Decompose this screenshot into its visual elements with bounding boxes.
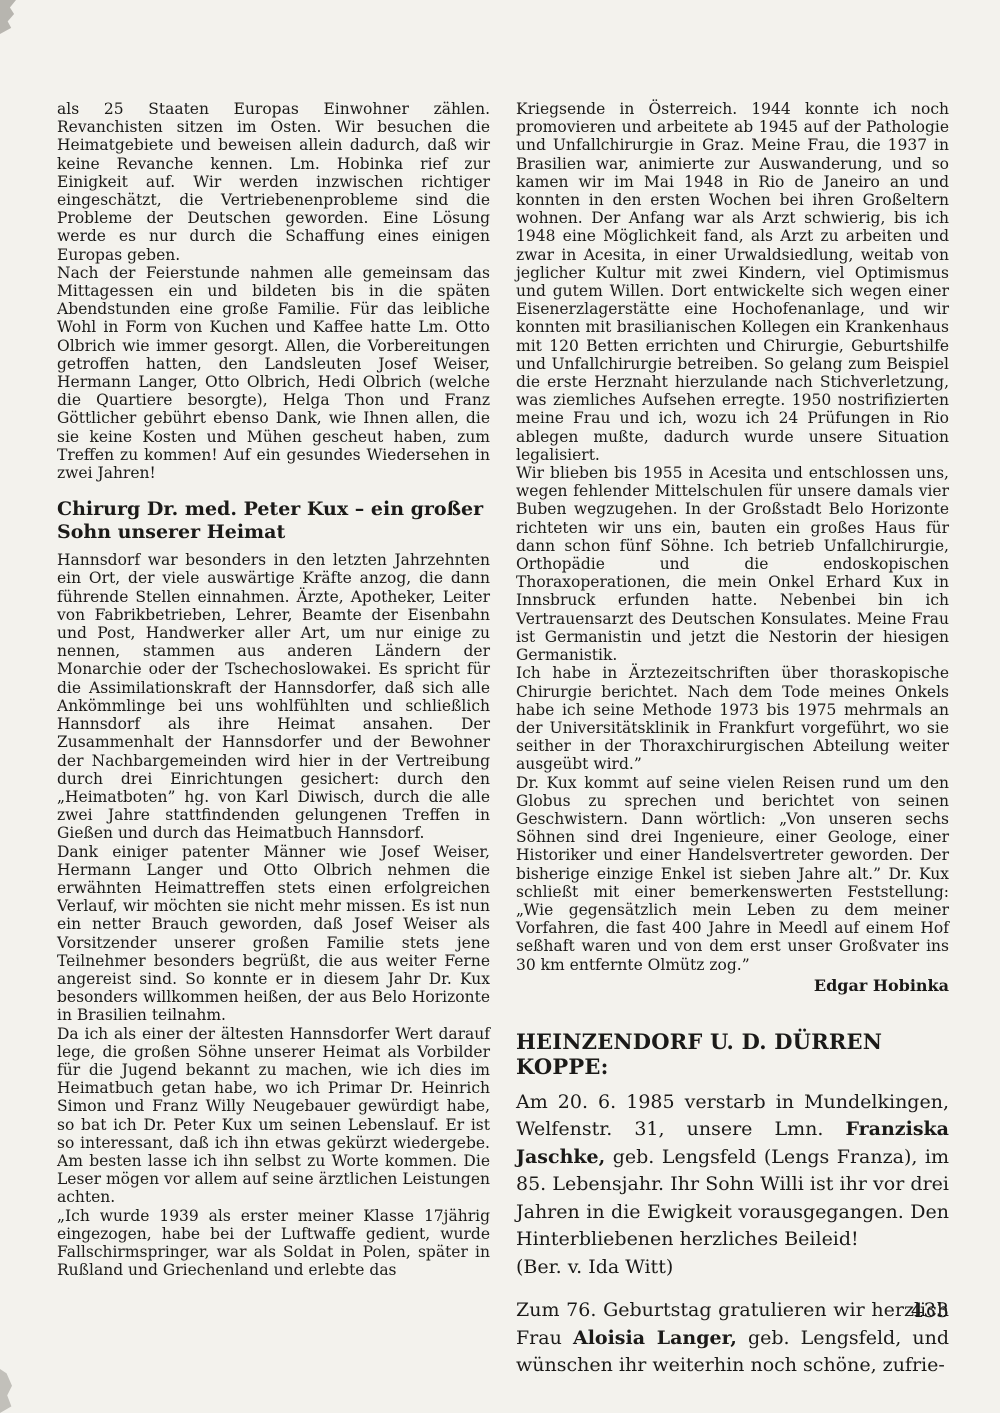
article-continuation-paragraphs: Kriegsende in Österreich. 1944 konnte ic…	[516, 100, 949, 974]
paragraph: als 25 Staaten Europas Einwohner zählen.…	[57, 100, 490, 264]
paragraph: Nach der Feierstunde nahmen alle gemeins…	[57, 264, 490, 482]
paragraph: „Ich wurde 1939 als erster meiner Klasse…	[57, 1207, 490, 1280]
scan-artifact-bottom-left	[0, 1369, 12, 1413]
article-paragraphs: Hannsdorf war besonders in den letzten J…	[57, 551, 490, 1279]
paragraph: Wir blieben bis 1955 in Acesita und ents…	[516, 464, 949, 664]
paragraph: Dank einiger patenter Männer wie Josef W…	[57, 843, 490, 1025]
obituary-byline: (Ber. v. Ida Witt)	[516, 1254, 949, 1282]
page-number: 433	[911, 1298, 949, 1322]
two-column-text-block: als 25 Staaten Europas Einwohner zählen.…	[57, 100, 949, 1380]
paragraph: Kriegsende in Österreich. 1944 konnte ic…	[516, 100, 949, 464]
scanned-newsletter-page: als 25 Staaten Europas Einwohner zählen.…	[0, 0, 1000, 1413]
right-column: Kriegsende in Österreich. 1944 konnte ic…	[516, 100, 949, 1380]
left-column: als 25 Staaten Europas Einwohner zählen.…	[57, 100, 490, 1380]
scan-artifact-top-left	[0, 0, 16, 34]
paragraph: Dr. Kux kommt auf seine vielen Reisen ru…	[516, 774, 949, 974]
obituary-paragraph: Am 20. 6. 1985 verstarb in Mundelkingen,…	[516, 1089, 949, 1254]
birthday-paragraph: Zum 76. Geburtstag gratulieren wir herzl…	[516, 1297, 949, 1380]
intro-paragraphs: als 25 Staaten Europas Einwohner zählen.…	[57, 100, 490, 482]
author-signature: Edgar Hobinka	[516, 976, 949, 995]
paragraph: Hannsdorf war besonders in den letzten J…	[57, 551, 490, 842]
paragraph: Da ich als einer der ältesten Hannsdorfe…	[57, 1025, 490, 1207]
paragraph: Ich habe in Ärztezeitschriften über thor…	[516, 664, 949, 773]
section-heading: HEINZENDORF U. D. DÜRREN KOPPE:	[516, 1029, 949, 1079]
article-title: Chirurg Dr. med. Peter Kux – ein großer …	[57, 498, 490, 543]
